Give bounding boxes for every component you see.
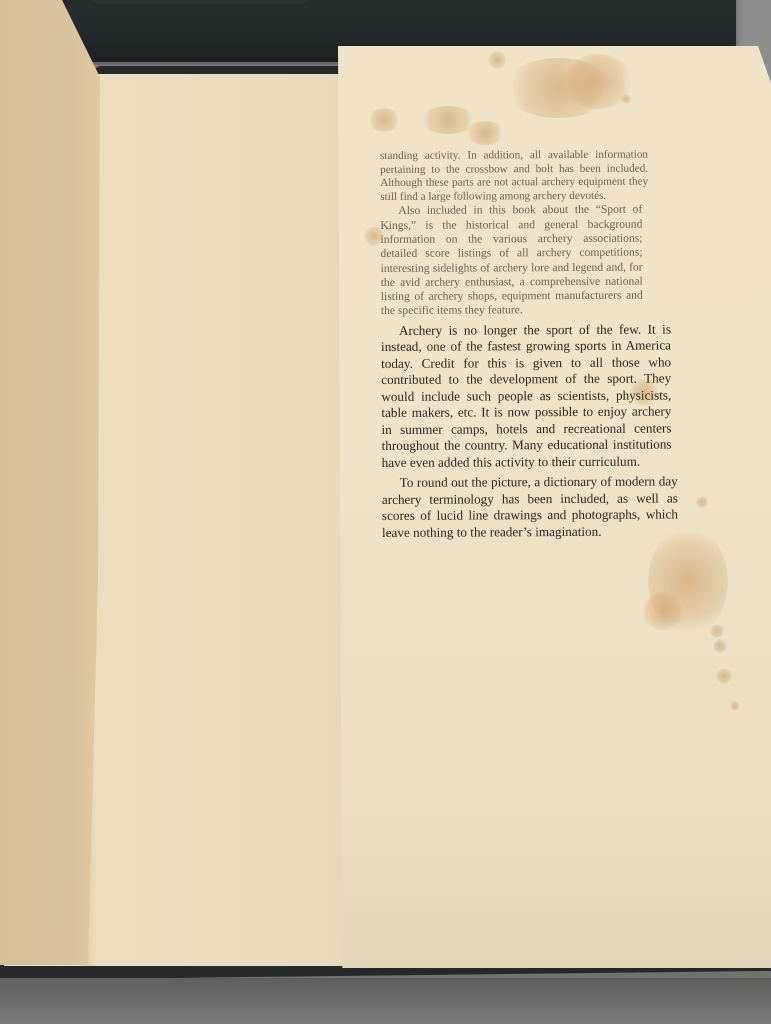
stain-spot [716, 668, 732, 684]
stain-spot [696, 496, 708, 508]
flap-paragraph-3: Archery is no longer the sport of the fe… [381, 321, 672, 471]
stain-spot [730, 701, 740, 711]
flap-text-block: standing activity. In addition, all avai… [380, 148, 682, 541]
stain-spot [713, 639, 727, 653]
stain-spot [710, 624, 724, 638]
flap-paragraph-1: standing activity. In addition, all avai… [380, 149, 648, 205]
table-surface [0, 978, 771, 1024]
stain-spot [621, 94, 631, 104]
front-endpaper [0, 0, 100, 965]
stain-spot [643, 591, 683, 631]
stain-spot [368, 108, 400, 132]
flap-paragraph-4: To round out the picture, a dictionary o… [382, 474, 678, 542]
flap-paragraph-2: Also included in this book about the “Sp… [380, 203, 643, 319]
case-recess [90, 0, 310, 4]
stain-spot [488, 51, 506, 69]
stain-spot [465, 121, 505, 145]
